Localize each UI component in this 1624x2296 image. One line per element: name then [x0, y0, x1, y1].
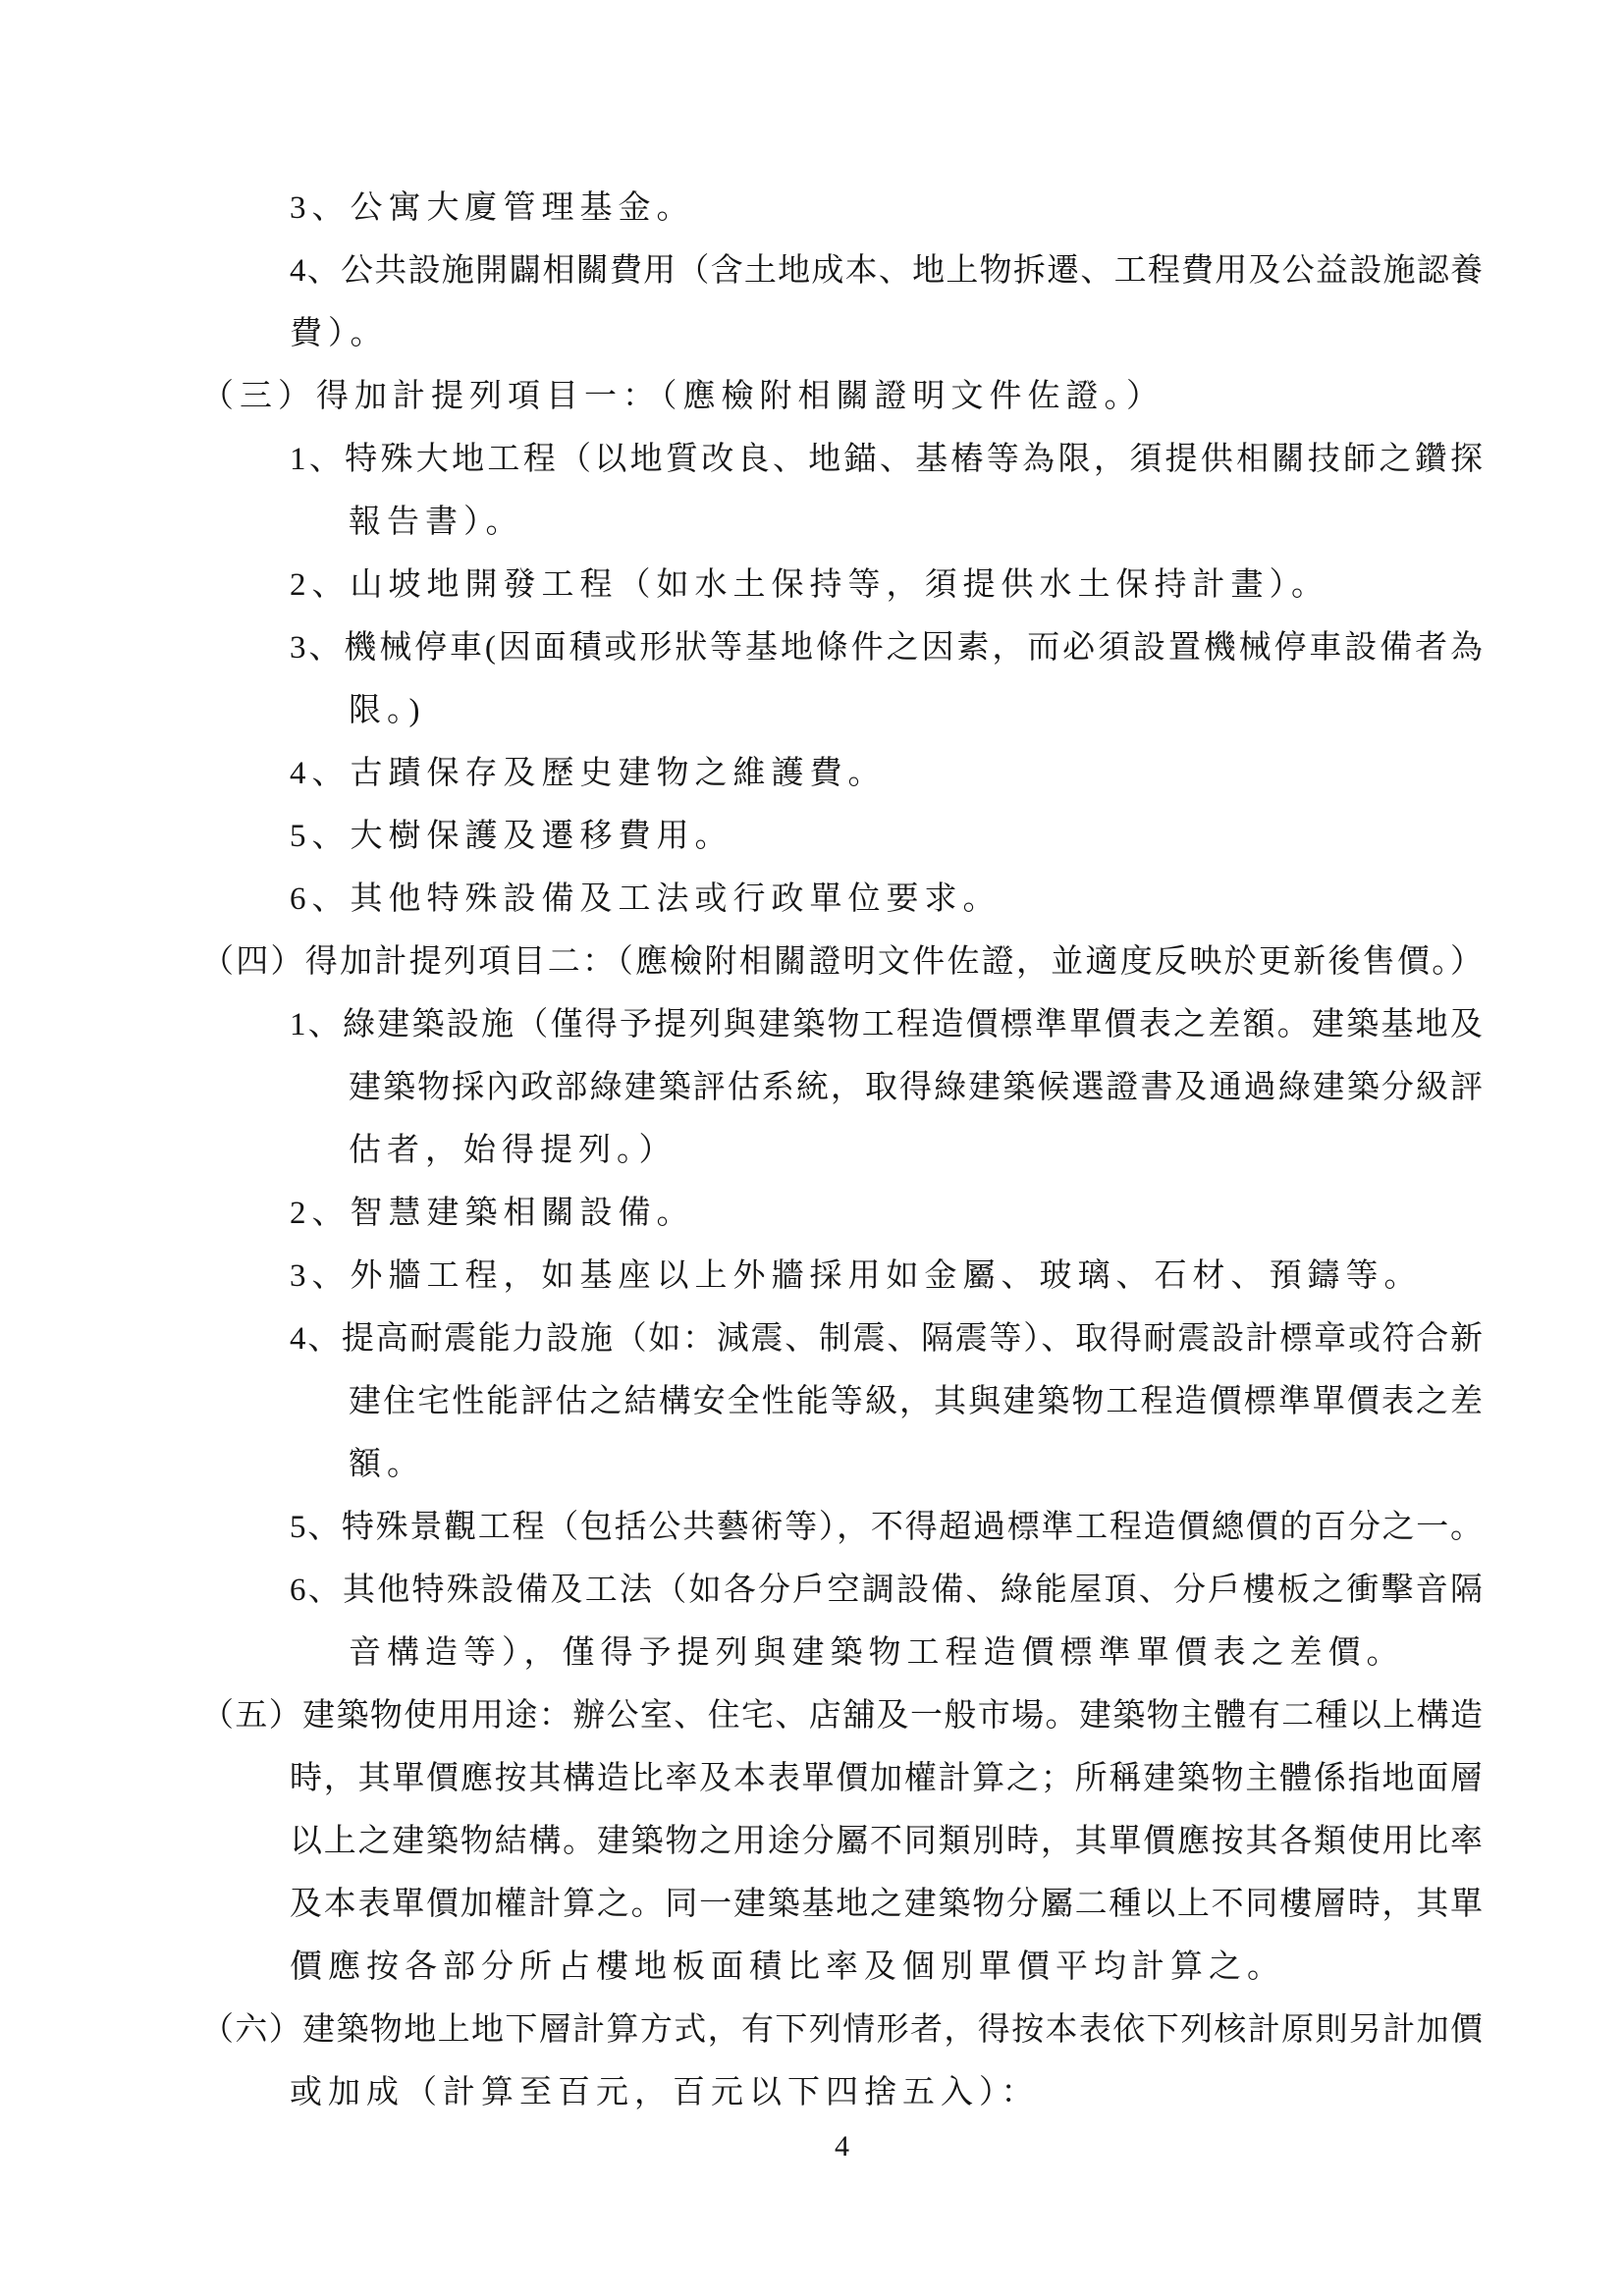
document-line: 及本表單價加權計算之。同一建築基地之建築物分屬二種以上不同樓層時，其單 [290, 1873, 1483, 1936]
document-line: 建住宅性能評估之結構安全性能等級，其與建築物工程造價標準單價表之差 [349, 1370, 1483, 1433]
document-line: 報告書）。 [349, 491, 1483, 554]
document-line: 2、山坡地開發工程（如水土保持等，須提供水土保持計畫）。 [290, 554, 1483, 616]
page-footer: 4 [201, 2130, 1483, 2163]
document-line: 5、特殊景觀工程（包括公共藝術等），不得超過標準工程造價總價的百分之一。 [290, 1496, 1483, 1559]
page-number: 4 [835, 2130, 849, 2163]
document-line: 1、特殊大地工程（以地質改良、地錨、基樁等為限，須提供相關技師之鑽探 [290, 428, 1483, 491]
document-line: 費）。 [290, 302, 1483, 365]
document-line: 3、機械停車(因面積或形狀等基地條件之因素，而必須設置機械停車設備者為 [290, 616, 1483, 679]
document-line: 1、綠建築設施（僅得予提列與建築物工程造價標準單價表之差額。建築基地及 [290, 993, 1483, 1056]
document-line: 額。 [349, 1433, 1483, 1496]
document-line: 建築物採內政部綠建築評估系統，取得綠建築候選證書及通過綠建築分級評 [349, 1056, 1483, 1119]
document-line: 4、古蹟保存及歷史建物之維護費。 [290, 742, 1483, 805]
document-line: 或加成（計算至百元，百元以下四捨五入）： [290, 2061, 1483, 2124]
document-line: 5、大樹保護及遷移費用。 [290, 805, 1483, 868]
document-line: 6、其他特殊設備及工法或行政單位要求。 [290, 868, 1483, 931]
document-line: 音構造等），僅得予提列與建築物工程造價標準單價表之差價。 [349, 1622, 1483, 1684]
document-line: （四）得加計提列項目二：（應檢附相關證明文件佐證，並適度反映於更新後售價。） [201, 931, 1483, 993]
document-line: 限。) [349, 679, 1483, 742]
document-line: 6、其他特殊設備及工法（如各分戶空調設備、綠能屋頂、分戶樓板之衝擊音隔 [290, 1559, 1483, 1622]
document-line: （五）建築物使用用途：辦公室、住宅、店舖及一般市場。建築物主體有二種以上構造 [201, 1684, 1483, 1747]
document-line: 3、公寓大廈管理基金。 [290, 177, 1483, 240]
document-line: （三）得加計提列項目一：（應檢附相關證明文件佐證。） [201, 365, 1483, 428]
document-line: 價應按各部分所占樓地板面積比率及個別單價平均計算之。 [290, 1936, 1483, 1999]
document-line: 4、提高耐震能力設施（如：減震、制震、隔震等）、取得耐震設計標章或符合新 [290, 1308, 1483, 1370]
document-line: 2、智慧建築相關設備。 [290, 1182, 1483, 1245]
document-body: 3、公寓大廈管理基金。4、公共設施開闢相關費用（含土地成本、地上物拆遷、工程費用… [0, 0, 1624, 2124]
document-page: 3、公寓大廈管理基金。4、公共設施開闢相關費用（含土地成本、地上物拆遷、工程費用… [0, 0, 1624, 2296]
document-line: 3、外牆工程，如基座以上外牆採用如金屬、玻璃、石材、預鑄等。 [290, 1245, 1483, 1308]
document-line: （六）建築物地上地下層計算方式，有下列情形者，得按本表依下列核計原則另計加價 [201, 1999, 1483, 2061]
document-line: 4、公共設施開闢相關費用（含土地成本、地上物拆遷、工程費用及公益設施認養 [290, 240, 1483, 302]
document-line: 估者，始得提列。） [349, 1119, 1483, 1182]
document-line: 以上之建築物結構。建築物之用途分屬不同類別時，其單價應按其各類使用比率 [290, 1810, 1483, 1873]
document-line: 時，其單價應按其構造比率及本表單價加權計算之；所稱建築物主體係指地面層 [290, 1747, 1483, 1810]
